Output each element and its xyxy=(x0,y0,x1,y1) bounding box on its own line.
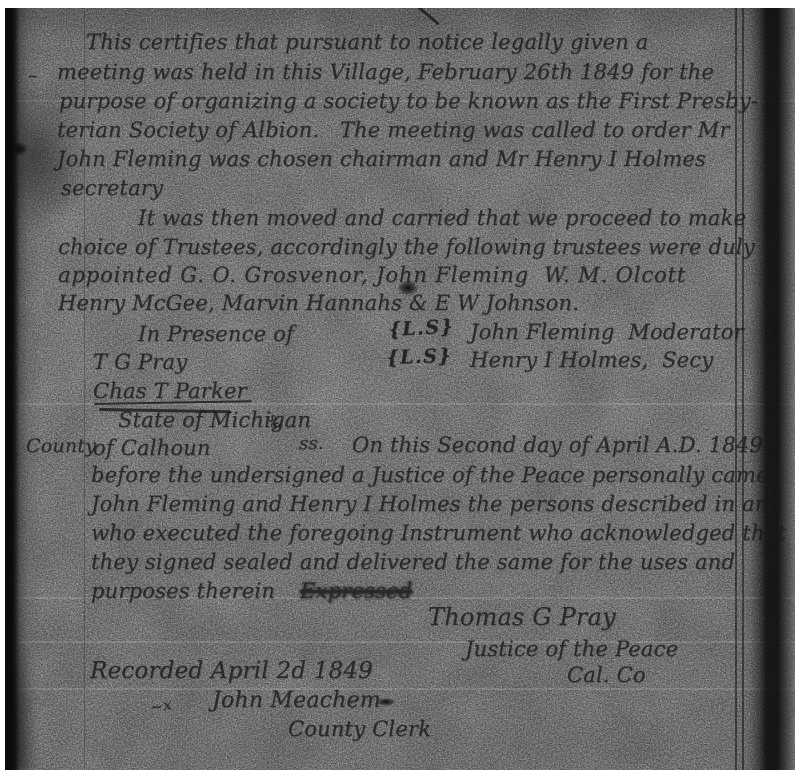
handwritten-line-35: John Meachem xyxy=(212,688,381,713)
handwritten-line-36: County Clerk xyxy=(288,717,431,741)
handwritten-line-1: This certifies that pursuant to notice l… xyxy=(86,30,649,54)
handwritten-line-8: It was then moved and carried that we pr… xyxy=(138,206,746,230)
handwritten-line-10: appointed G. O. Grosvenor, John Fleming … xyxy=(58,263,686,287)
handwritten-line-14: John Fleming Moderator xyxy=(470,320,744,344)
handwritten-line-37: ~x xyxy=(149,696,173,717)
handwritten-line-3: meeting was held in this Village, Februa… xyxy=(57,60,714,84)
handwritten-line-25: before the undersigned a Justice of the … xyxy=(91,463,769,487)
handwritten-line-6: John Fleming was chosen chairman and Mr … xyxy=(57,147,706,171)
handwritten-line-11: Henry McGee, Marvin Hannahs & E W Johnso… xyxy=(58,291,579,315)
handwritten-line-4: purpose of organizing a society to be kn… xyxy=(59,89,758,113)
handwritten-line-9: choice of Trustees, accordingly the foll… xyxy=(58,235,755,259)
handwritten-line-7: secretary xyxy=(61,176,163,200)
handwritten-line-31: Thomas G Pray xyxy=(428,604,616,632)
handwritten-line-34: Recorded April 2d 1849 xyxy=(90,658,373,684)
handwritten-line-21: County xyxy=(26,436,96,458)
scanned-document-page: This certifies that pursuant to notice l… xyxy=(0,0,800,779)
handwritten-line-13: {L.S} xyxy=(388,317,455,342)
handwritten-line-23: ss. xyxy=(299,434,324,455)
manuscript-photo: This certifies that pursuant to notice l… xyxy=(5,8,795,770)
handwritten-line-26: John Fleming and Henry I Holmes the pers… xyxy=(91,492,782,516)
handwritten-line-5: terian Society of Albion. The meeting wa… xyxy=(57,118,730,142)
handwritten-line-33: Cal. Co xyxy=(567,663,646,687)
handwritten-line-22: of Calhoun xyxy=(93,436,211,460)
handwritten-line-32: Justice of the Peace xyxy=(465,637,678,661)
handwritten-line-27: who executed the foregoing Instrument wh… xyxy=(91,521,786,545)
handwritten-line-30: Expressed xyxy=(300,579,412,603)
handwritten-text-layer: This certifies that pursuant to notice l… xyxy=(5,8,795,770)
handwritten-line-18: Chas T Parker xyxy=(93,379,247,403)
handwritten-line-12: In Presence of xyxy=(138,322,294,346)
handwritten-line-24: On this Second day of April A.D. 1849 xyxy=(352,433,763,457)
handwritten-line-29: purposes therein xyxy=(91,579,275,603)
handwritten-line-15: T G Pray xyxy=(93,350,187,374)
handwritten-line-28: they signed sealed and delivered the sam… xyxy=(91,550,735,574)
handwritten-line-16: {L.S} xyxy=(386,346,452,370)
handwritten-line-17: Henry I Holmes, Secy xyxy=(470,348,713,372)
handwritten-line-2: – xyxy=(28,66,37,87)
